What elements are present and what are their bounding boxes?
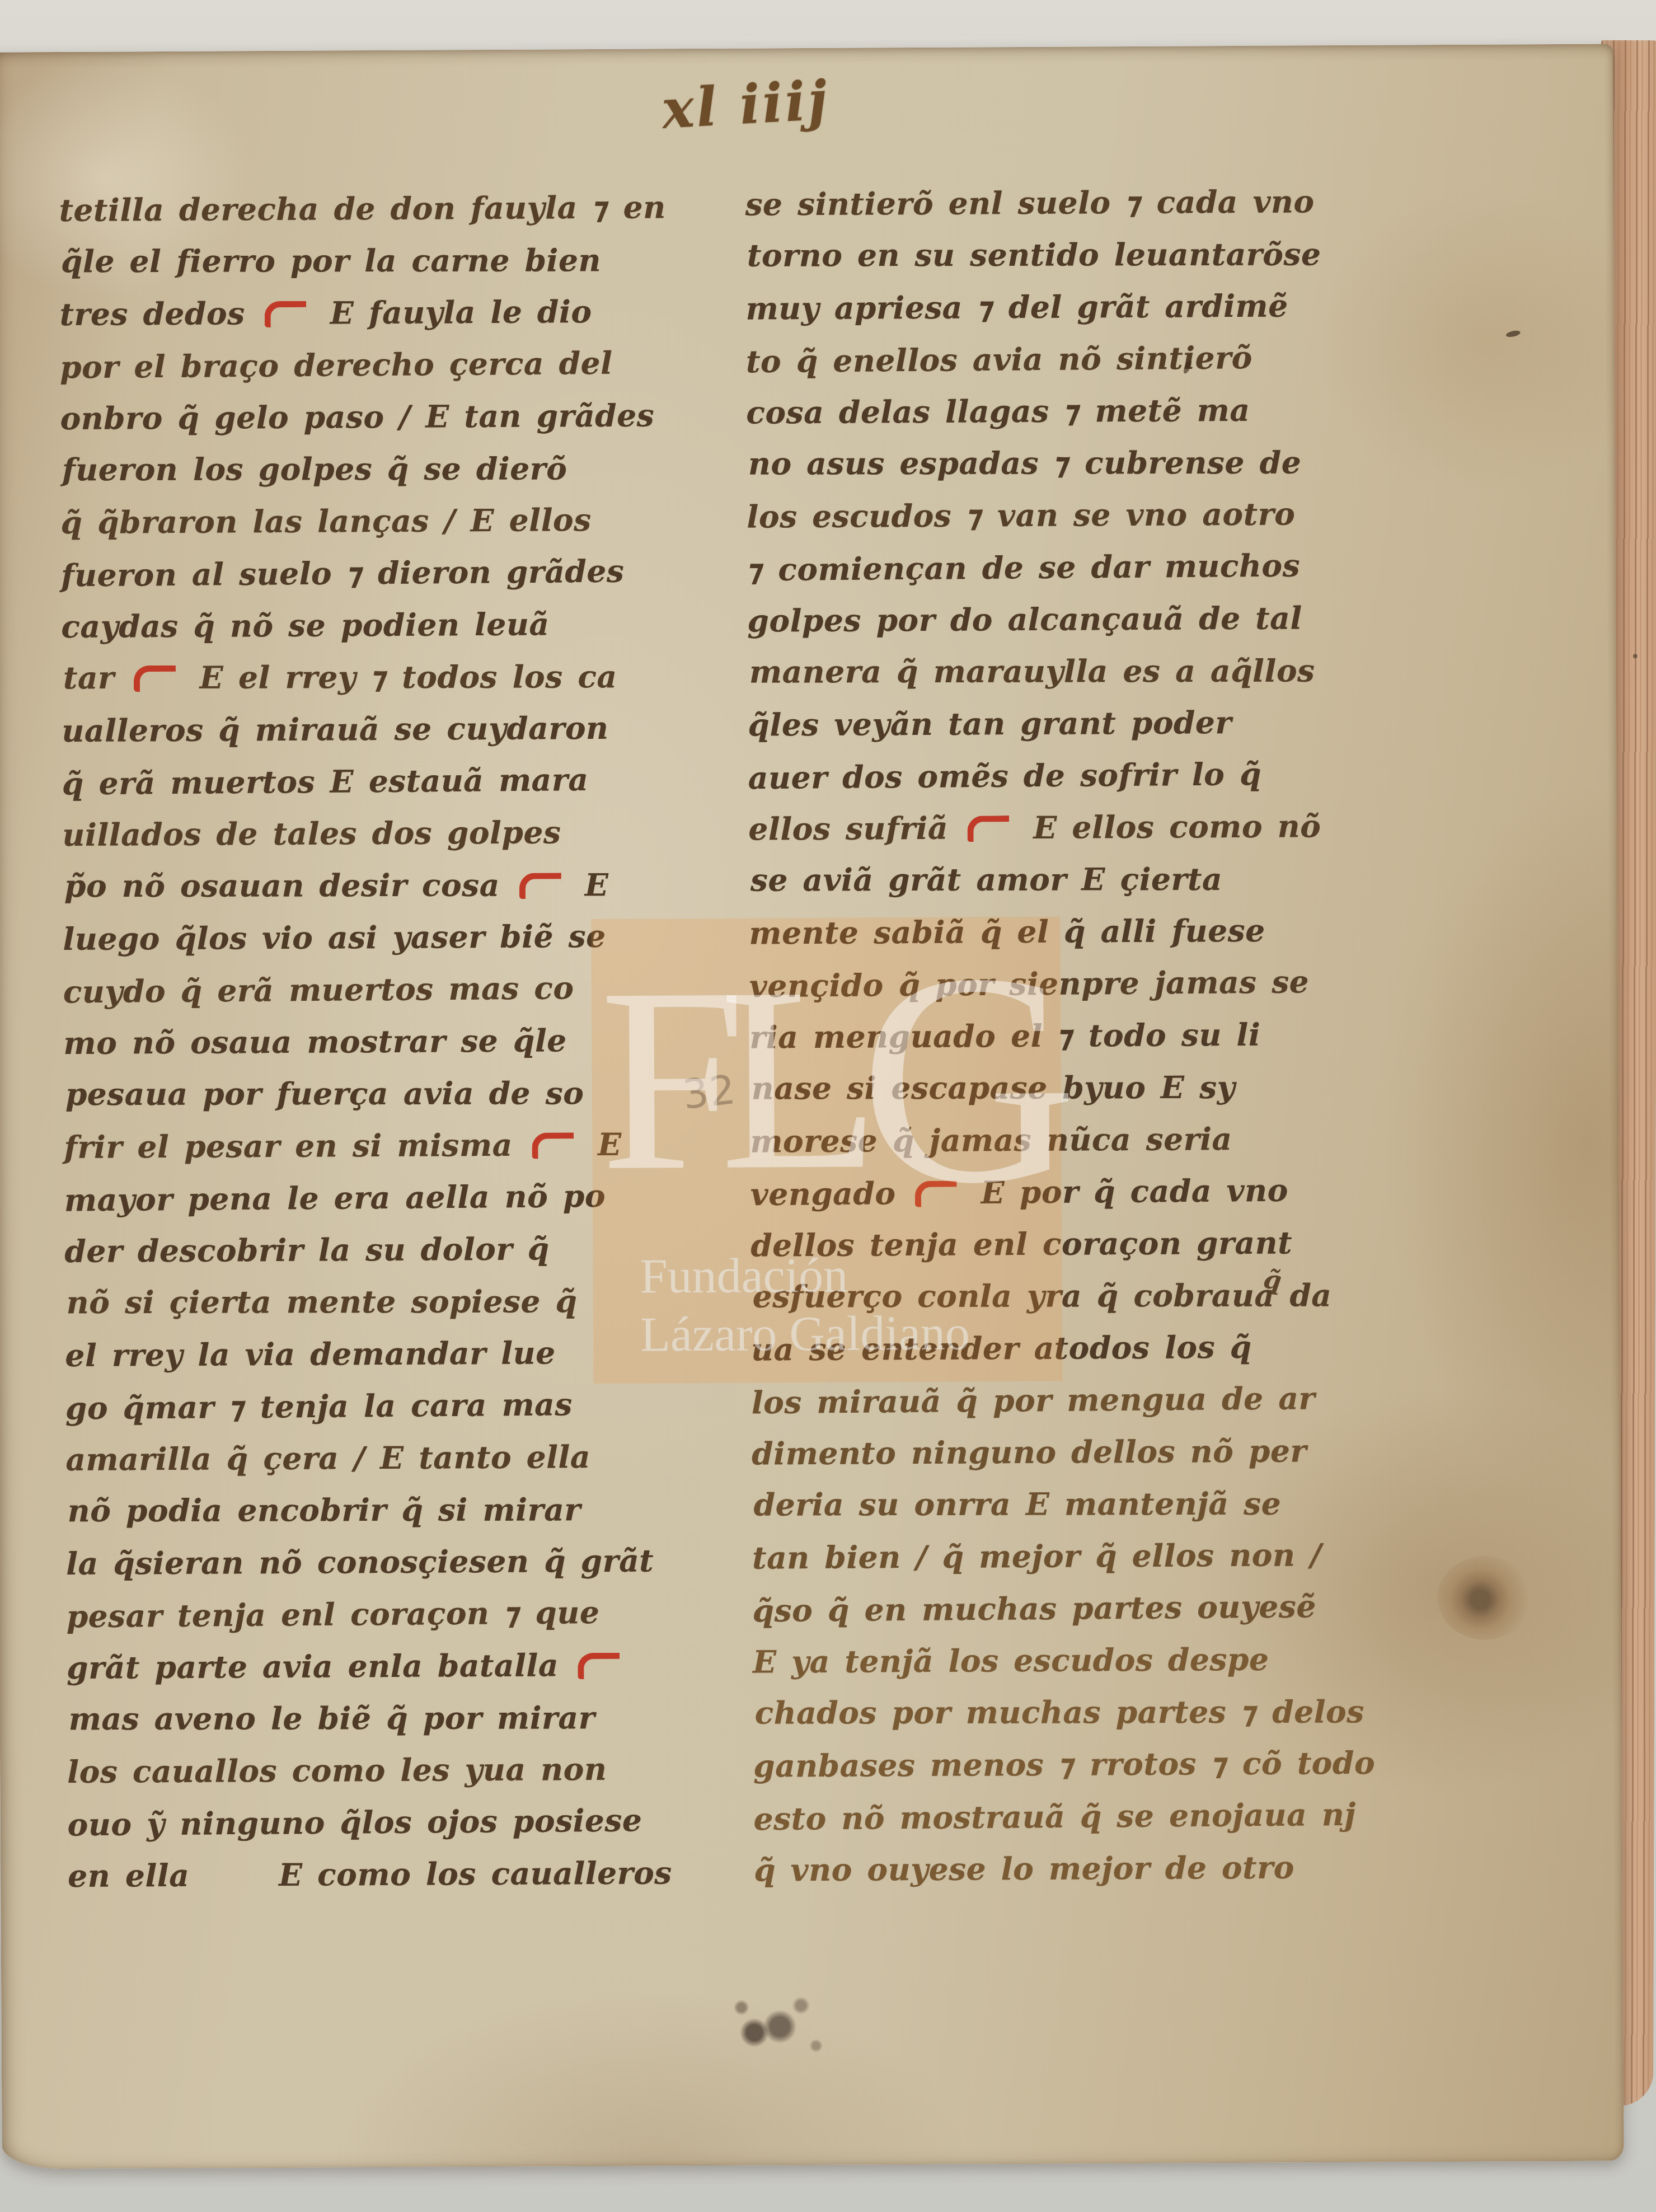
text-line: dellos tenja enl coraçon grant <box>750 1216 1444 1271</box>
text-line: uillados de tales dos golpes <box>62 805 689 861</box>
text-line: amarilla q̃ çera / E tanto ella <box>65 1430 692 1485</box>
text-line: esto nõ mostrauã q̃ se enojaua nj <box>753 1787 1448 1845</box>
text-line: q̃les veyãn tan grant poder <box>748 695 1442 751</box>
text-line: cosa delas llagas ⁊ metẽ ma <box>746 383 1440 438</box>
rubric-paragraph-mark <box>578 1653 620 1679</box>
rubric-paragraph-mark <box>134 666 176 692</box>
text-line: en ella E como los caualleros <box>68 1847 695 1902</box>
text-line: torno en su sentido leuantarõse <box>747 228 1441 282</box>
text-line: q̃ vno ouyese lo mejor de otro <box>754 1840 1448 1896</box>
text-line: onbro q̃ gelo paso / E tan grãdes <box>60 389 687 444</box>
text-line: el rrey la via demandar lue <box>65 1326 692 1381</box>
rubric-paragraph-mark <box>915 1180 957 1207</box>
text-line: q̃ erã muertos E estauã mara <box>62 753 689 810</box>
text-line: los mirauã q̃ por mengua de ar <box>751 1371 1446 1428</box>
text-line: se sintierõ enl suelo ⁊ cada vno <box>745 175 1439 230</box>
text-line: se aviã grãt amor E çierta <box>750 852 1444 906</box>
text-line: mayor pena le era aella nõ po <box>64 1169 691 1226</box>
text-line: los cauallos como les yua non <box>67 1742 694 1798</box>
ink-smudge <box>724 1980 831 2065</box>
rubric-paragraph-mark <box>264 301 306 327</box>
text-line: pesaua por fuerça avia de so <box>65 1067 692 1120</box>
manuscript-page: xl iiij tetilla derecha de don fauyla ⁊ … <box>0 44 1624 2169</box>
text-line: auer dos omẽs de sofrir lo q̃ <box>748 746 1443 804</box>
text-line: luego q̃los vio asi yaser biẽ se <box>63 910 689 965</box>
text-line: no asus espadas ⁊ cubrense de <box>748 436 1442 490</box>
text-line: frir el pesar en si misma E <box>64 1118 691 1173</box>
text-line: cuydo q̃ erã muertos mas co <box>63 961 691 1018</box>
text-line: q̃so q̃ en muchas partes ouyesẽ <box>752 1579 1447 1637</box>
text-line: ouo ỹ ninguno q̃los ojos posiese <box>67 1794 695 1851</box>
rubric-paragraph-mark <box>532 1132 574 1159</box>
text-line: grãt parte avia enla batalla <box>67 1638 693 1694</box>
text-line: golpes por do alcançauã de tal <box>747 591 1441 646</box>
text-line: ualleros q̃ mirauã se cuydaron <box>62 701 688 757</box>
text-column-right: se sintierõ enl suelo ⁊ cada vnotorno en… <box>745 175 1448 1896</box>
text-line: mente sabiã q̃ el q̃ alli fuese <box>749 903 1443 959</box>
text-line: to q̃ enellos avia nõ sintierõ <box>746 330 1441 387</box>
rubric-paragraph-mark <box>968 816 1010 842</box>
ink-speck <box>1505 330 1521 338</box>
text-line: los escudos ⁊ van se vno aotro <box>747 487 1441 542</box>
text-line: caydas q̃ nõ se podien leuã <box>61 597 688 653</box>
text-line: tetilla derecha de don fauyla ⁊ en <box>59 181 686 236</box>
ink-speck <box>1633 654 1638 658</box>
text-line: go q̃mar ⁊ tenja la cara mas <box>65 1377 692 1435</box>
text-line: q̃ q̃braron las lanças / E ellos <box>60 493 687 549</box>
text-line: ua se entender atodos los q̃ <box>751 1320 1445 1375</box>
text-line: fueron los golpes q̃ se dierõ <box>62 442 689 495</box>
scan-canvas: { "page": { "folio_number": "xl iiij", "… <box>0 0 1656 2212</box>
text-line: tan bien / q̃ mejor q̃ ellos non / <box>752 1528 1446 1583</box>
text-line: chados por muchas partes ⁊ delos <box>755 1685 1449 1739</box>
text-line: ⁊ comiençan de se dar muchos <box>747 538 1442 596</box>
text-line: muy apriesa ⁊ del grãt ardimẽ <box>745 279 1439 334</box>
text-line: ganbases menos ⁊ rrotos ⁊ cõ todo <box>753 1736 1447 1792</box>
text-line: ellos sufriã E ellos como nõ <box>748 799 1442 855</box>
text-line: ria menguado el ⁊ todo su li <box>749 1007 1443 1063</box>
rubric-paragraph-mark <box>519 873 561 899</box>
text-line: esfuerço conla yra q̃ cobraua da <box>753 1269 1447 1323</box>
text-line: tar E el rrey ⁊ todos los ca <box>63 650 690 704</box>
text-line: E ya tenjã los escudos despe <box>753 1632 1447 1688</box>
text-line: vengado E por q̃ cada vno <box>750 1163 1444 1220</box>
pencil-folio-number: 32 <box>681 1066 739 1118</box>
text-line: la q̃sieran nõ conosçiesen q̃ grãt <box>66 1534 693 1590</box>
text-line: pesar tenja enl coraçon ⁊ que <box>66 1586 693 1643</box>
text-line: por el braço derecho çerca del <box>60 336 687 393</box>
text-column-left: tetilla derecha de don fauyla ⁊ enq̃le e… <box>59 181 695 1902</box>
text-line: nõ podia encobrir q̃ si mirar <box>68 1483 695 1536</box>
text-line: tres dedos E fauyla le dio <box>59 285 686 340</box>
text-line: vençido q̃ por sienpre jamas se <box>749 954 1444 1012</box>
folio-number: xl iiij <box>660 68 831 141</box>
text-line: mas aveno le biẽ q̃ por mirar <box>69 1691 696 1745</box>
text-line: mo nõ osaua mostrar se q̃le <box>63 1014 690 1069</box>
text-line: fueron al suelo ⁊ dieron grãdes <box>61 545 688 602</box>
text-line: morese q̃ jamas nũca seria <box>750 1112 1444 1167</box>
text-line: nase si escapase byuo E sy <box>752 1061 1446 1114</box>
text-line: der descobrir la su dolor q̃ <box>64 1222 691 1277</box>
text-line: deria su onrra E mantenjã se <box>754 1477 1448 1531</box>
stain-blot <box>1437 1555 1533 1640</box>
text-line: q̃le el fierro por la carne bien <box>61 234 688 287</box>
text-line: manera q̃ marauylla es a aq̃llos <box>749 644 1443 698</box>
text-line: dimento ninguno dellos nõ per <box>752 1424 1446 1479</box>
text-line: nõ si çierta mente sopiese q̃ <box>67 1275 693 1328</box>
text-line: p̃o nõ osauan desir cosa E <box>64 859 691 912</box>
